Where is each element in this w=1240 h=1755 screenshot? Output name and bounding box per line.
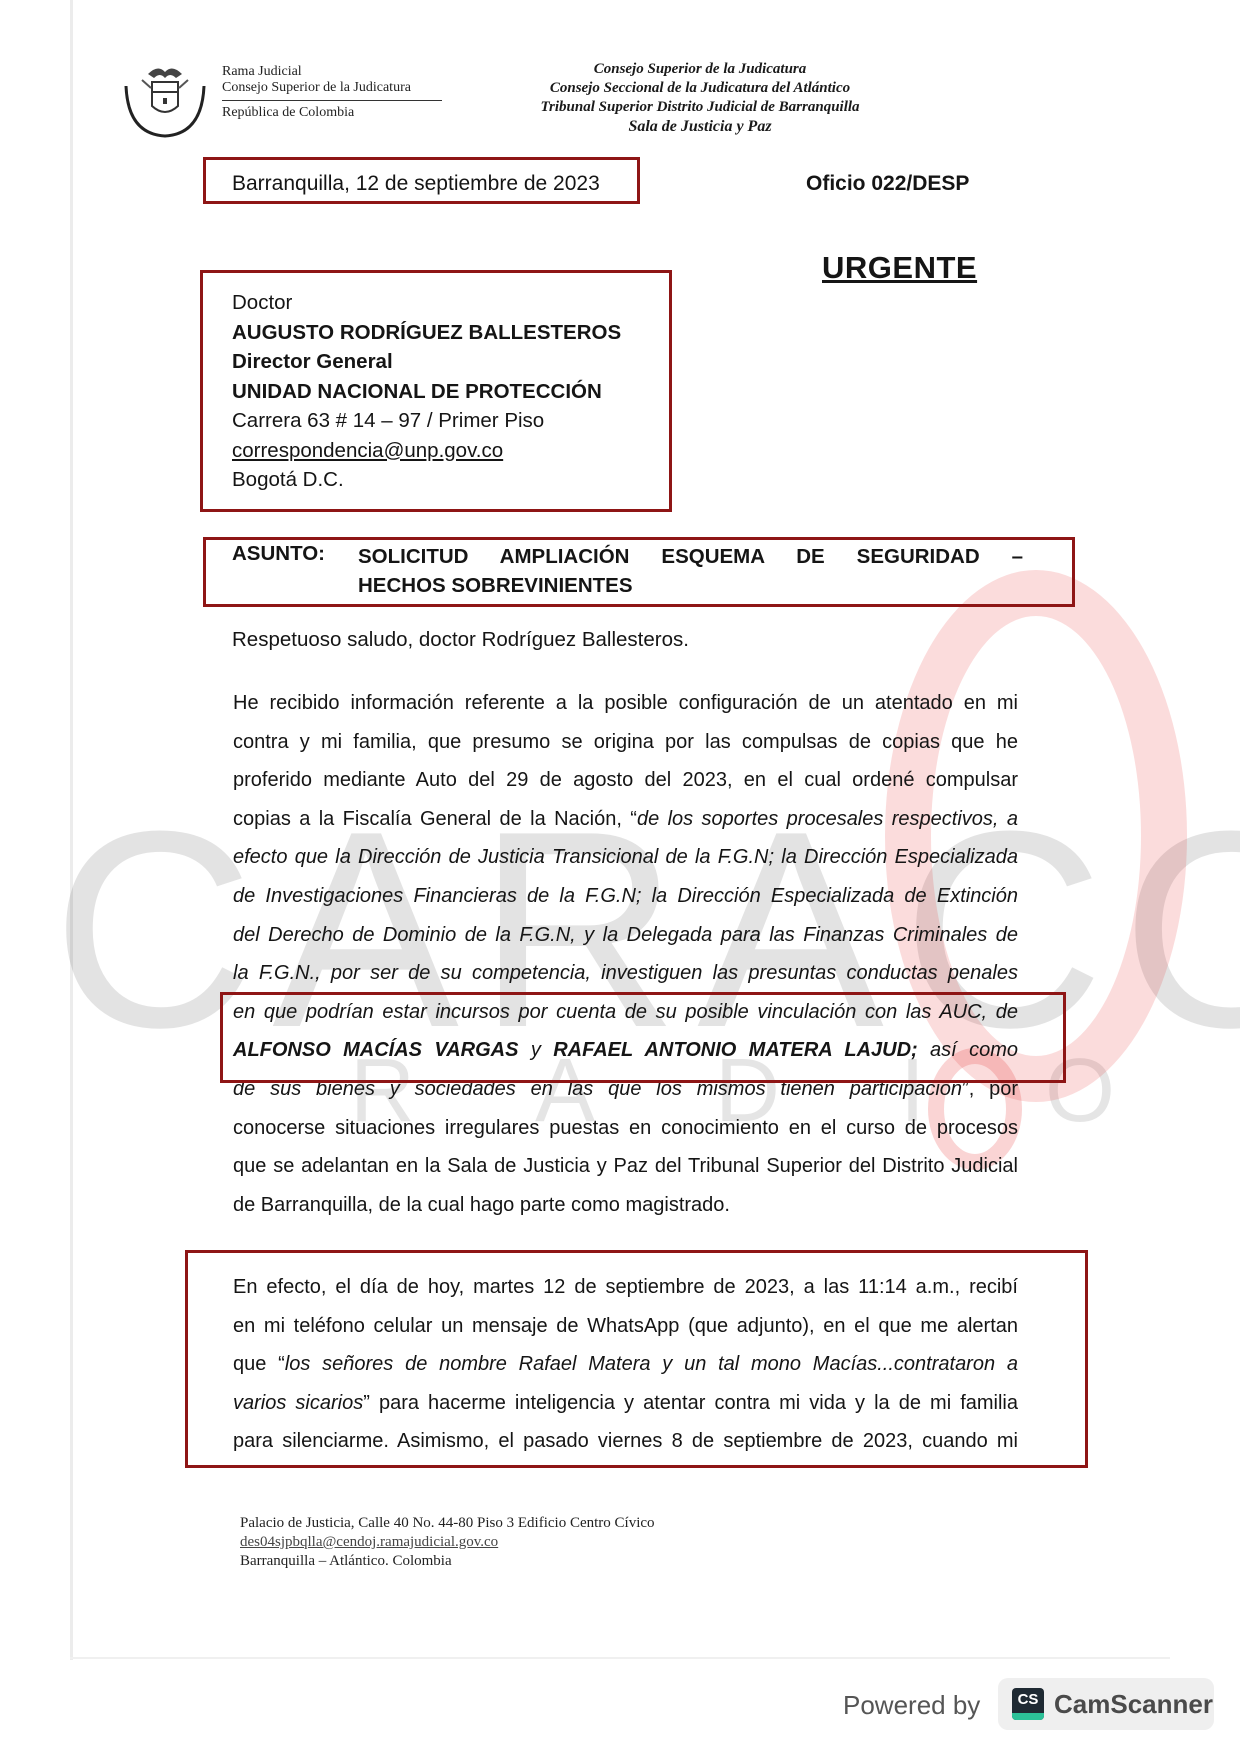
letterhead-rama: Rama Judicial	[222, 64, 442, 80]
recipient-address: Carrera 63 # 14 – 97 / Primer Piso	[232, 406, 621, 436]
names-highlight-box	[220, 992, 1066, 1083]
p2-text: que “	[233, 1353, 285, 1375]
letterhead-consejo: Consejo Superior de la Judicatura	[222, 80, 442, 96]
priority-label: URGENTE	[822, 250, 977, 286]
body-paragraph-1: He recibido información referente a la p…	[233, 684, 1018, 1224]
colombia-coat-of-arms-icon	[118, 58, 213, 140]
p2-text: ” para hacerme inteligencia y atentar co…	[363, 1392, 1018, 1414]
recipient-organization: UNIDAD NACIONAL DE PROTECCIÓN	[232, 377, 621, 407]
recipient-city: Bogotá D.C.	[232, 465, 621, 495]
subject-line-2: HECHOS SOBREVINIENTES	[358, 574, 633, 597]
subject-text: SOLICITUD AMPLIACIÓN ESQUEMA DE SEGURIDA…	[358, 542, 1023, 600]
p1-quote-line: de Investigaciones Financieras de la F.G…	[233, 877, 1018, 916]
letterhead-rule	[222, 100, 442, 101]
p1-line: conocerse situaciones irregulares puesta…	[233, 1109, 1018, 1148]
page-footer: Palacio de Justicia, Calle 40 No. 44-80 …	[240, 1514, 655, 1571]
p1-line: proferido mediante Auto del 29 de agosto…	[233, 761, 1018, 800]
letterhead-right-line1: Consejo Superior de la Judicatura	[480, 60, 920, 79]
reference-number: Oficio 022/DESP	[806, 172, 969, 196]
p2-line: para silenciarme. Asimismo, el pasado vi…	[233, 1422, 1018, 1461]
letter-date: Barranquilla, 12 de septiembre de 2023	[232, 172, 600, 196]
recipient-email-link[interactable]: correspondencia@unp.gov.co	[232, 436, 621, 466]
subject-line-1: SOLICITUD AMPLIACIÓN ESQUEMA DE SEGURIDA…	[358, 542, 1023, 571]
recipient-position: Director General	[232, 347, 621, 377]
p1-line: He recibido información referente a la p…	[233, 684, 1018, 723]
page-edge	[70, 0, 73, 1660]
p2-line: que “los señores de nombre Rafael Matera…	[233, 1345, 1018, 1384]
p1-quote: de los soportes procesales respectivos, …	[637, 808, 1018, 830]
p2-quote: los señores de nombre Rafael Matera y un…	[285, 1353, 1018, 1375]
footer-email-link[interactable]: des04sjpbqlla@cendoj.ramajudicial.gov.co	[240, 1533, 655, 1552]
letterhead-right-line4: Sala de Justicia y Paz	[480, 117, 920, 136]
camscanner-logo-text: CS	[1012, 1691, 1044, 1708]
page-edge-bottom	[70, 1657, 1170, 1659]
camscanner-badge[interactable]: CS CamScanner	[998, 1678, 1214, 1730]
camscanner-logo-icon: CS	[1012, 1688, 1044, 1720]
letterhead-right: Consejo Superior de la Judicatura Consej…	[480, 60, 920, 136]
p1-quote-line: efecto que la Dirección de Justicia Tran…	[233, 838, 1018, 877]
letterhead-left: Rama Judicial Consejo Superior de la Jud…	[222, 64, 442, 121]
camscanner-logo-bar	[1012, 1713, 1044, 1720]
p2-quote: varios sicarios	[233, 1392, 363, 1414]
greeting: Respetuoso saludo, doctor Rodríguez Ball…	[232, 628, 689, 652]
camscanner-name: CamScanner	[1054, 1689, 1213, 1720]
footer-address: Palacio de Justicia, Calle 40 No. 44-80 …	[240, 1514, 655, 1533]
body-paragraph-2: En efecto, el día de hoy, martes 12 de s…	[233, 1268, 1018, 1461]
p1-line: que se adelantan en la Sala de Justicia …	[233, 1147, 1018, 1186]
recipient-salutation: Doctor	[232, 288, 621, 318]
p1-text: copias a la Fiscalía General de la Nació…	[233, 808, 637, 830]
letterhead-right-line3: Tribunal Superior Distrito Judicial de B…	[480, 98, 920, 117]
subject-label: ASUNTO:	[232, 542, 325, 566]
p1-line: de Barranquilla, de la cual hago parte c…	[233, 1186, 1018, 1225]
p2-line: varios sicarios” para hacerme inteligenc…	[233, 1384, 1018, 1423]
recipient-block: Doctor AUGUSTO RODRÍGUEZ BALLESTEROS Dir…	[232, 288, 621, 495]
p1-line: contra y mi familia, que presumo se orig…	[233, 723, 1018, 762]
p1-quote-line: del Derecho de Dominio de la F.G.N, y la…	[233, 916, 1018, 955]
letterhead-republica: República de Colombia	[222, 105, 442, 121]
letterhead-right-line2: Consejo Seccional de la Judicatura del A…	[480, 79, 920, 98]
powered-by-label: Powered by	[843, 1690, 980, 1721]
p2-line: En efecto, el día de hoy, martes 12 de s…	[233, 1268, 1018, 1307]
p1-line: copias a la Fiscalía General de la Nació…	[233, 800, 1018, 839]
p2-line: en mi teléfono celular un mensaje de Wha…	[233, 1307, 1018, 1346]
p1-quote-line: la F.G.N., por ser de su competencia, in…	[233, 954, 1018, 993]
footer-city: Barranquilla – Atlántico. Colombia	[240, 1552, 655, 1571]
recipient-name: AUGUSTO RODRÍGUEZ BALLESTEROS	[232, 318, 621, 348]
